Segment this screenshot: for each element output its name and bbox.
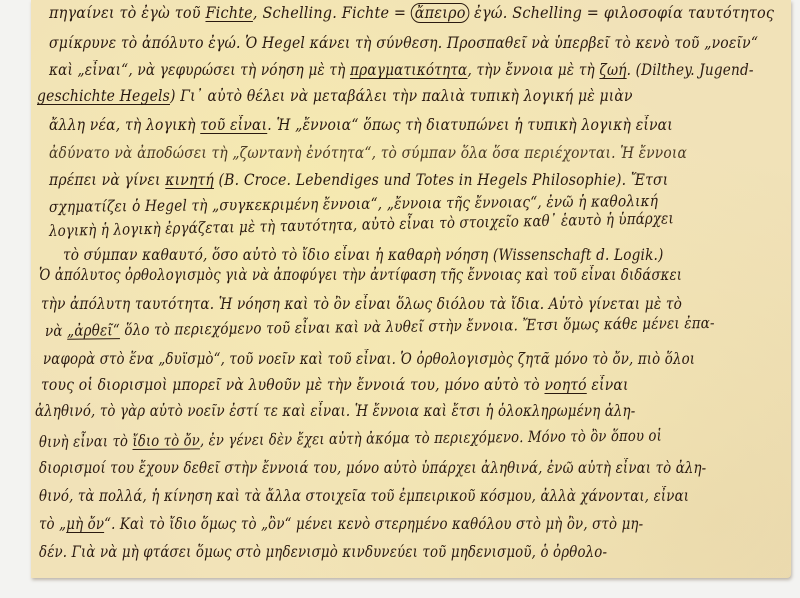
line-text: ναφορὰ στὸ ἕνα „δυϊσμὸ“, τοῦ νοεῖν καὶ τ… [43, 350, 695, 368]
line-text: , Schelling. Fichte = [253, 4, 411, 22]
line-text: ἀδύνατο νὰ ἀποδώσει τὴ „ζωντανὴ ἐνότητα“… [49, 144, 687, 162]
line-text: δέν. Γιὰ νὰ μὴ φτάσει ὅμως στὸ μηδενισμὸ… [39, 543, 607, 561]
line-text: νὰ [45, 322, 67, 340]
manuscript-line-15: τους οἱ διορισμοὶ μπορεῖ νὰ λυθοῦν μὲ τὴ… [41, 376, 629, 394]
image-viewer: πηγαίνει τὸ ἐγὼ τοῦ Fichte, Schelling. F… [0, 0, 800, 598]
underlined-word: νοητό [545, 376, 587, 394]
line-text: ὅλο τὸ περιεχόμενο τοῦ εἶναι καὶ νὰ λυθε… [120, 314, 715, 339]
line-text: , τὴν ἔννοια μὲ τὴ [467, 61, 599, 79]
manuscript-line-4: geschichte Hegels) Γι᾽ αὐτὸ θέλει νὰ μετ… [37, 87, 633, 105]
circled-word: ἄπειρο [411, 3, 469, 23]
manuscript-line-12: τὴν ἀπόλυτη ταυτότητα. Ἡ νόηση καὶ τὸ ὂν… [41, 295, 682, 313]
citation-title: geschichte Hegels [37, 87, 170, 105]
line-text: εἶναι [587, 376, 629, 394]
underlined-word: ζωή [599, 61, 626, 79]
manuscript-line-5: ἄλλη νέα, τὴ λογικὴ τοῦ εἶναι. Ἡ „ἔννοια… [49, 116, 673, 134]
citation-croce: (B. Croce. Lebendiges und Totes in Hegel… [214, 171, 668, 189]
line-text: τὴν ἀπόλυτη ταυτότητα. Ἡ νόηση καὶ τὸ ὂν… [41, 295, 682, 313]
manuscript-line-7: πρέπει νὰ γίνει κινητή (B. Croce. Lebend… [49, 171, 668, 189]
underlined-word: κινητή [165, 171, 214, 189]
line-text: τους οἱ διορισμοὶ μπορεῖ νὰ λυθοῦν μὲ τὴ… [41, 376, 545, 394]
manuscript-line-20: τὸ „μὴ ὄν“. Καὶ τὸ ἴδιο ὅμως τὸ „ὂν“ μέν… [39, 515, 643, 533]
manuscript-line-11: Ὁ ἀπόλυτος ὀρθολογισμὸς γιὰ νὰ ἀποφύγει … [39, 266, 682, 284]
line-text: , ἐν γένει δὲν ἔχει αὐτὴ ἀκόμα τὸ περιεχ… [200, 427, 662, 450]
manuscript-line-6: ἀδύνατο νὰ ἀποδώσει τὴ „ζωντανὴ ἐνότητα“… [49, 144, 687, 162]
underlined-word: τοῦ εἶναι [200, 116, 267, 134]
manuscript-line-18: διορισμοί του ἔχουν δεθεῖ στὴν ἔννοιά το… [39, 459, 706, 477]
manuscript-line-16: ἀληθινό, τὸ γὰρ αὐτὸ νοεῖν ἐστί τε καὶ ε… [35, 402, 635, 420]
line-text: Ὁ ἀπόλυτος ὀρθολογισμὸς γιὰ νὰ ἀποφύγει … [39, 266, 682, 284]
line-text: τὸ „ [39, 515, 66, 533]
manuscript-line-13: νὰ „ἀρθεῖ“ ὅλο τὸ περιεχόμενο τοῦ εἶναι … [45, 314, 715, 340]
underlined-word: „ἀρθεῖ“ [67, 321, 120, 340]
underlined-word-fichte: Fichte [205, 4, 252, 22]
line-text: “. Καὶ τὸ ἴδιο ὅμως τὸ „ὂν“ μένει κενὸ σ… [104, 515, 643, 533]
line-text: ἐγώ. Schelling = φιλοσοφία ταυτότητος [469, 4, 774, 22]
line-text: . (Dilthey. Jugend- [627, 61, 754, 79]
underlined-word: μὴ ὄν [66, 515, 104, 533]
manuscript-line-3: καὶ „εἶναι“, νὰ γεφυρώσει τὴ νόηση μὲ τὴ… [49, 61, 754, 79]
line-text: διορισμοί του ἔχουν δεθεῖ στὴν ἔννοιά το… [39, 459, 706, 477]
underlined-word: ἴδιο τὸ ὄν [132, 431, 200, 450]
manuscript-line-19: θινό, τὰ πολλά, ἡ κίνηση καὶ τὰ ἄλλα στο… [39, 487, 689, 505]
line-text: σμίκρυνε τὸ ἀπόλυτο ἐγώ. Ὁ Hegel κάνει τ… [49, 34, 758, 52]
line-text: . Ἡ „ἔννοια“ ὅπως τὴ διατυπώνει ἡ τυπικὴ… [267, 116, 673, 134]
manuscript-page: πηγαίνει τὸ ἐγὼ τοῦ Fichte, Schelling. F… [31, 0, 791, 578]
manuscript-line-10: τὸ σύμπαν καθαυτό, ὅσο αὐτὸ τὸ ἴδιο εἶνα… [63, 246, 664, 264]
line-text: θινὴ εἶναι τὸ [39, 432, 133, 451]
line-text: πρέπει νὰ γίνει [49, 171, 165, 189]
underlined-word: πραγματικότητα [350, 61, 467, 79]
manuscript-line-1: πηγαίνει τὸ ἐγὼ τοῦ Fichte, Schelling. F… [49, 4, 774, 22]
manuscript-line-2: σμίκρυνε τὸ ἀπόλυτο ἐγώ. Ὁ Hegel κάνει τ… [49, 34, 758, 52]
manuscript-line-21: δέν. Γιὰ νὰ μὴ φτάσει ὅμως στὸ μηδενισμὸ… [39, 543, 607, 561]
line-text: πηγαίνει τὸ ἐγὼ τοῦ [49, 4, 205, 22]
manuscript-line-17: θινὴ εἶναι τὸ ἴδιο τὸ ὄν, ἐν γένει δὲν ἔ… [39, 427, 662, 451]
line-text: θινό, τὰ πολλά, ἡ κίνηση καὶ τὰ ἄλλα στο… [39, 487, 689, 505]
line-text: ἀληθινό, τὸ γὰρ αὐτὸ νοεῖν ἐστί τε καὶ ε… [35, 402, 635, 420]
manuscript-line-14: ναφορὰ στὸ ἕνα „δυϊσμὸ“, τοῦ νοεῖν καὶ τ… [43, 350, 695, 368]
line-text: καὶ „εἶναι“, νὰ γεφυρώσει τὴ νόηση μὲ τὴ [49, 61, 350, 79]
line-text: ) Γι᾽ αὐτὸ θέλει νὰ μεταβάλει τὴν παλιὰ … [170, 87, 633, 105]
line-text: τὸ σύμπαν καθαυτό, ὅσο αὐτὸ τὸ ἴδιο εἶνα… [63, 246, 664, 264]
line-text: ἄλλη νέα, τὴ λογικὴ [49, 116, 200, 134]
